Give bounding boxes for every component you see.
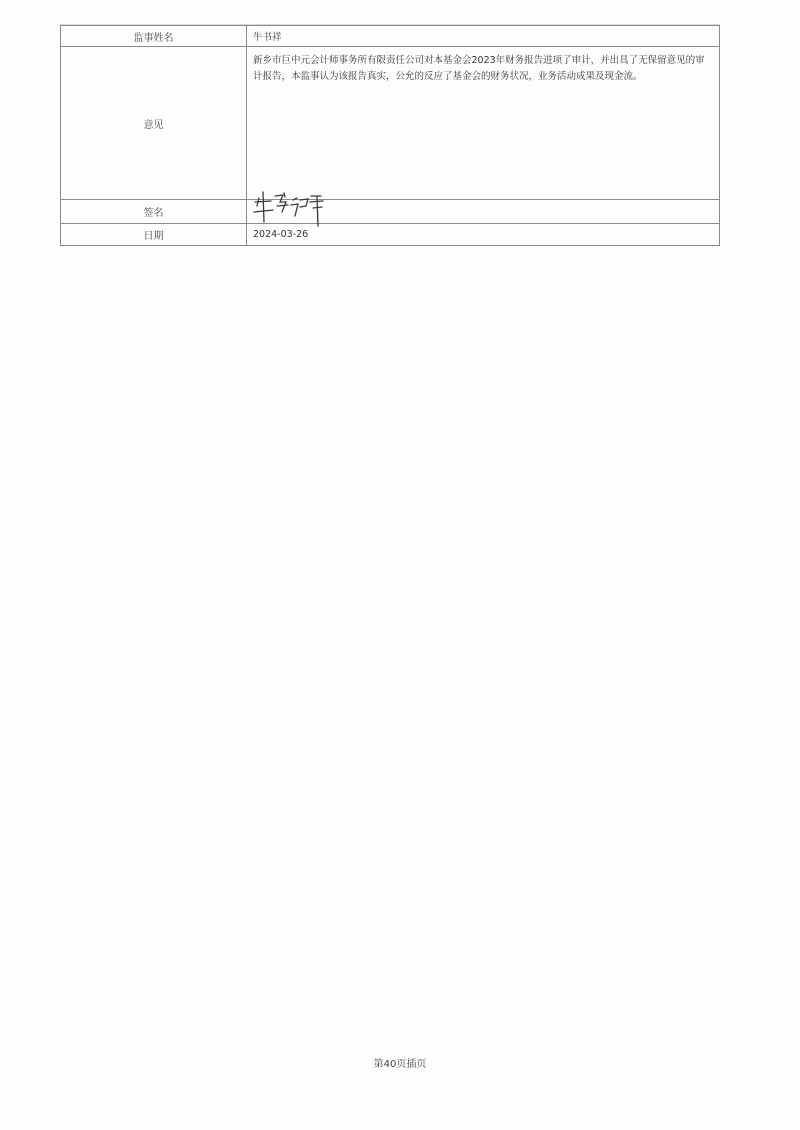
- date-label: 日期: [61, 224, 247, 246]
- opinion-label: 意见: [61, 47, 247, 200]
- handwritten-signature: [253, 200, 333, 220]
- supervisor-name-label: 监事姓名: [61, 26, 247, 47]
- table-row: 日期 2024-03-26: [61, 224, 720, 246]
- signature-cell: [247, 200, 720, 224]
- opinion-text: 新乡市巨中元会计师事务所有限责任公司对本基金会2023年财务报告进项了审计，并出…: [247, 47, 720, 200]
- page-footer: 第40页插页: [0, 1055, 800, 1070]
- table-row: 签名: [61, 200, 720, 224]
- table-row: 意见 新乡市巨中元会计师事务所有限责任公司对本基金会2023年财务报告进项了审计…: [61, 47, 720, 200]
- signature-label: 签名: [61, 200, 247, 224]
- supervisor-name-value: 牛书祥: [247, 26, 720, 47]
- supervisor-opinion-table: 监事姓名 牛书祥 意见 新乡市巨中元会计师事务所有限责任公司对本基金会2023年…: [60, 25, 720, 246]
- table-row: 监事姓名 牛书祥: [61, 26, 720, 47]
